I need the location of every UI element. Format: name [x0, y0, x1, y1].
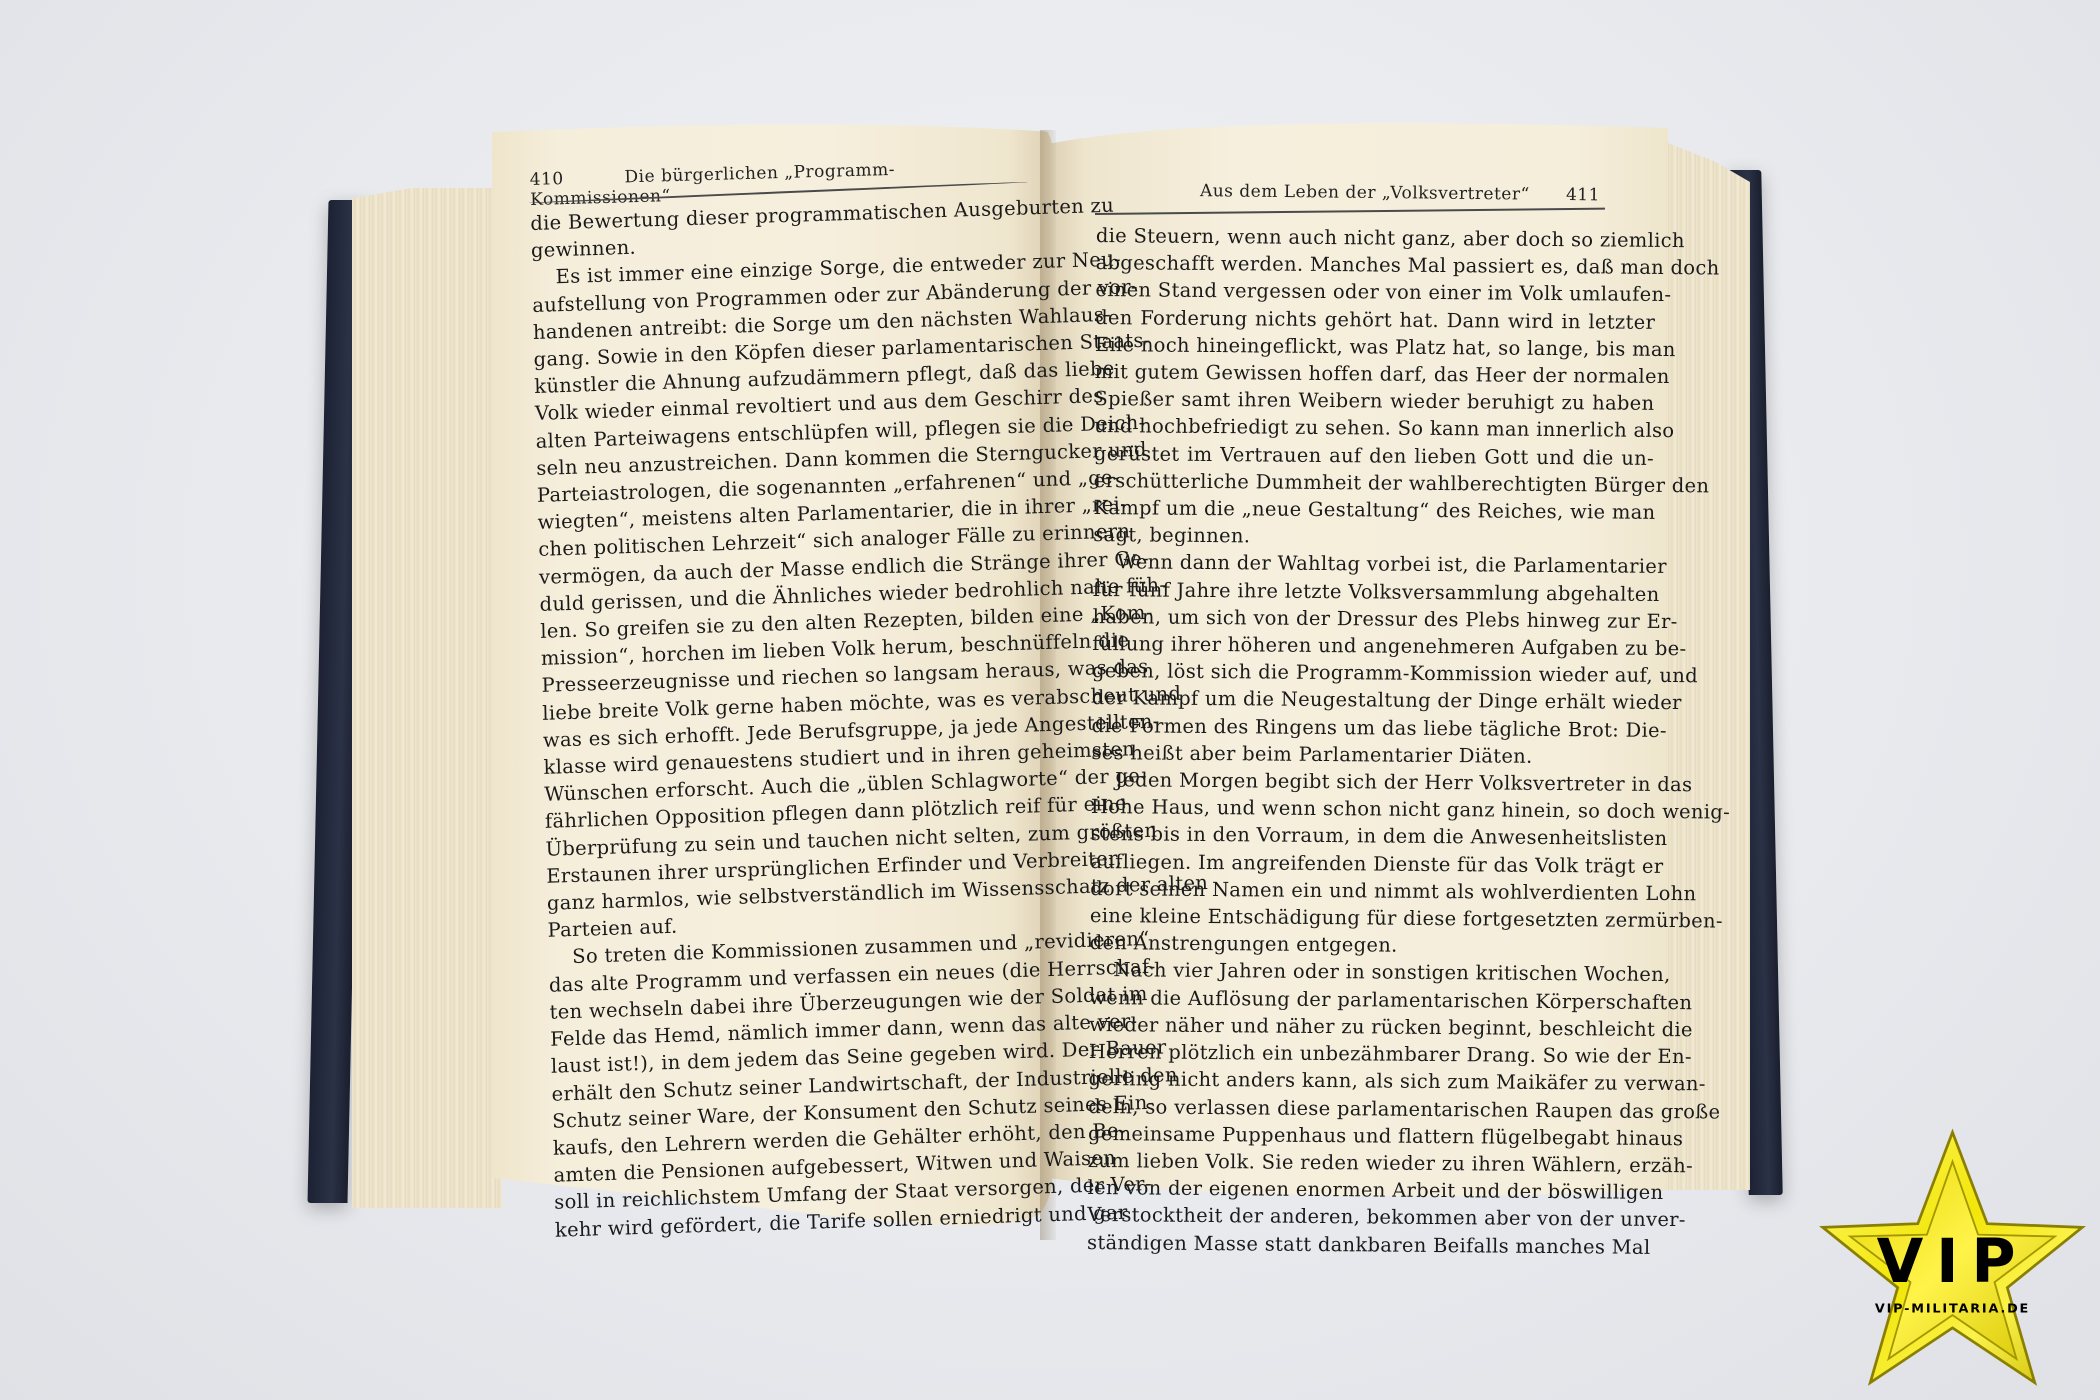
page-stack-left — [352, 188, 502, 1208]
right-page-body: die Steuern, wenn auch nicht ganz, aber … — [1087, 222, 1656, 1261]
text-line: ständigen Masse statt dankbaren Beifalls… — [1087, 1228, 1647, 1260]
text-line: gerling nicht anders kann, als sich zum … — [1088, 1065, 1648, 1097]
vip-militaria-logo: VIP VIP-MILITARIA.DE — [1815, 1125, 2090, 1390]
text-line: Verstocktheit der anderen, bekommen aber… — [1087, 1201, 1647, 1233]
left-page-number: 410 — [529, 169, 563, 190]
book-photo: 410 Die bürgerlichen „Programm-Kommissio… — [0, 0, 2100, 1400]
text-line: einen Stand vergessen oder von einer im … — [1095, 276, 1655, 308]
star-icon: VIP VIP-MILITARIA.DE — [1815, 1125, 2090, 1390]
vip-subtitle: VIP-MILITARIA.DE — [1875, 1301, 2030, 1316]
text-line: und hochbefriedigt zu sehen. So kann man… — [1094, 412, 1654, 444]
right-page-number: 411 — [1566, 185, 1600, 205]
right-running-head-title: Aus dem Leben der „Volksvertreter“ — [1200, 181, 1530, 204]
left-page-body: die Bewertung dieser programmatischen Au… — [530, 194, 1055, 1243]
vip-title: VIP — [1877, 1227, 2029, 1297]
text-line: Wenn dann der Wahltag vorbei ist, die Pa… — [1093, 548, 1653, 580]
